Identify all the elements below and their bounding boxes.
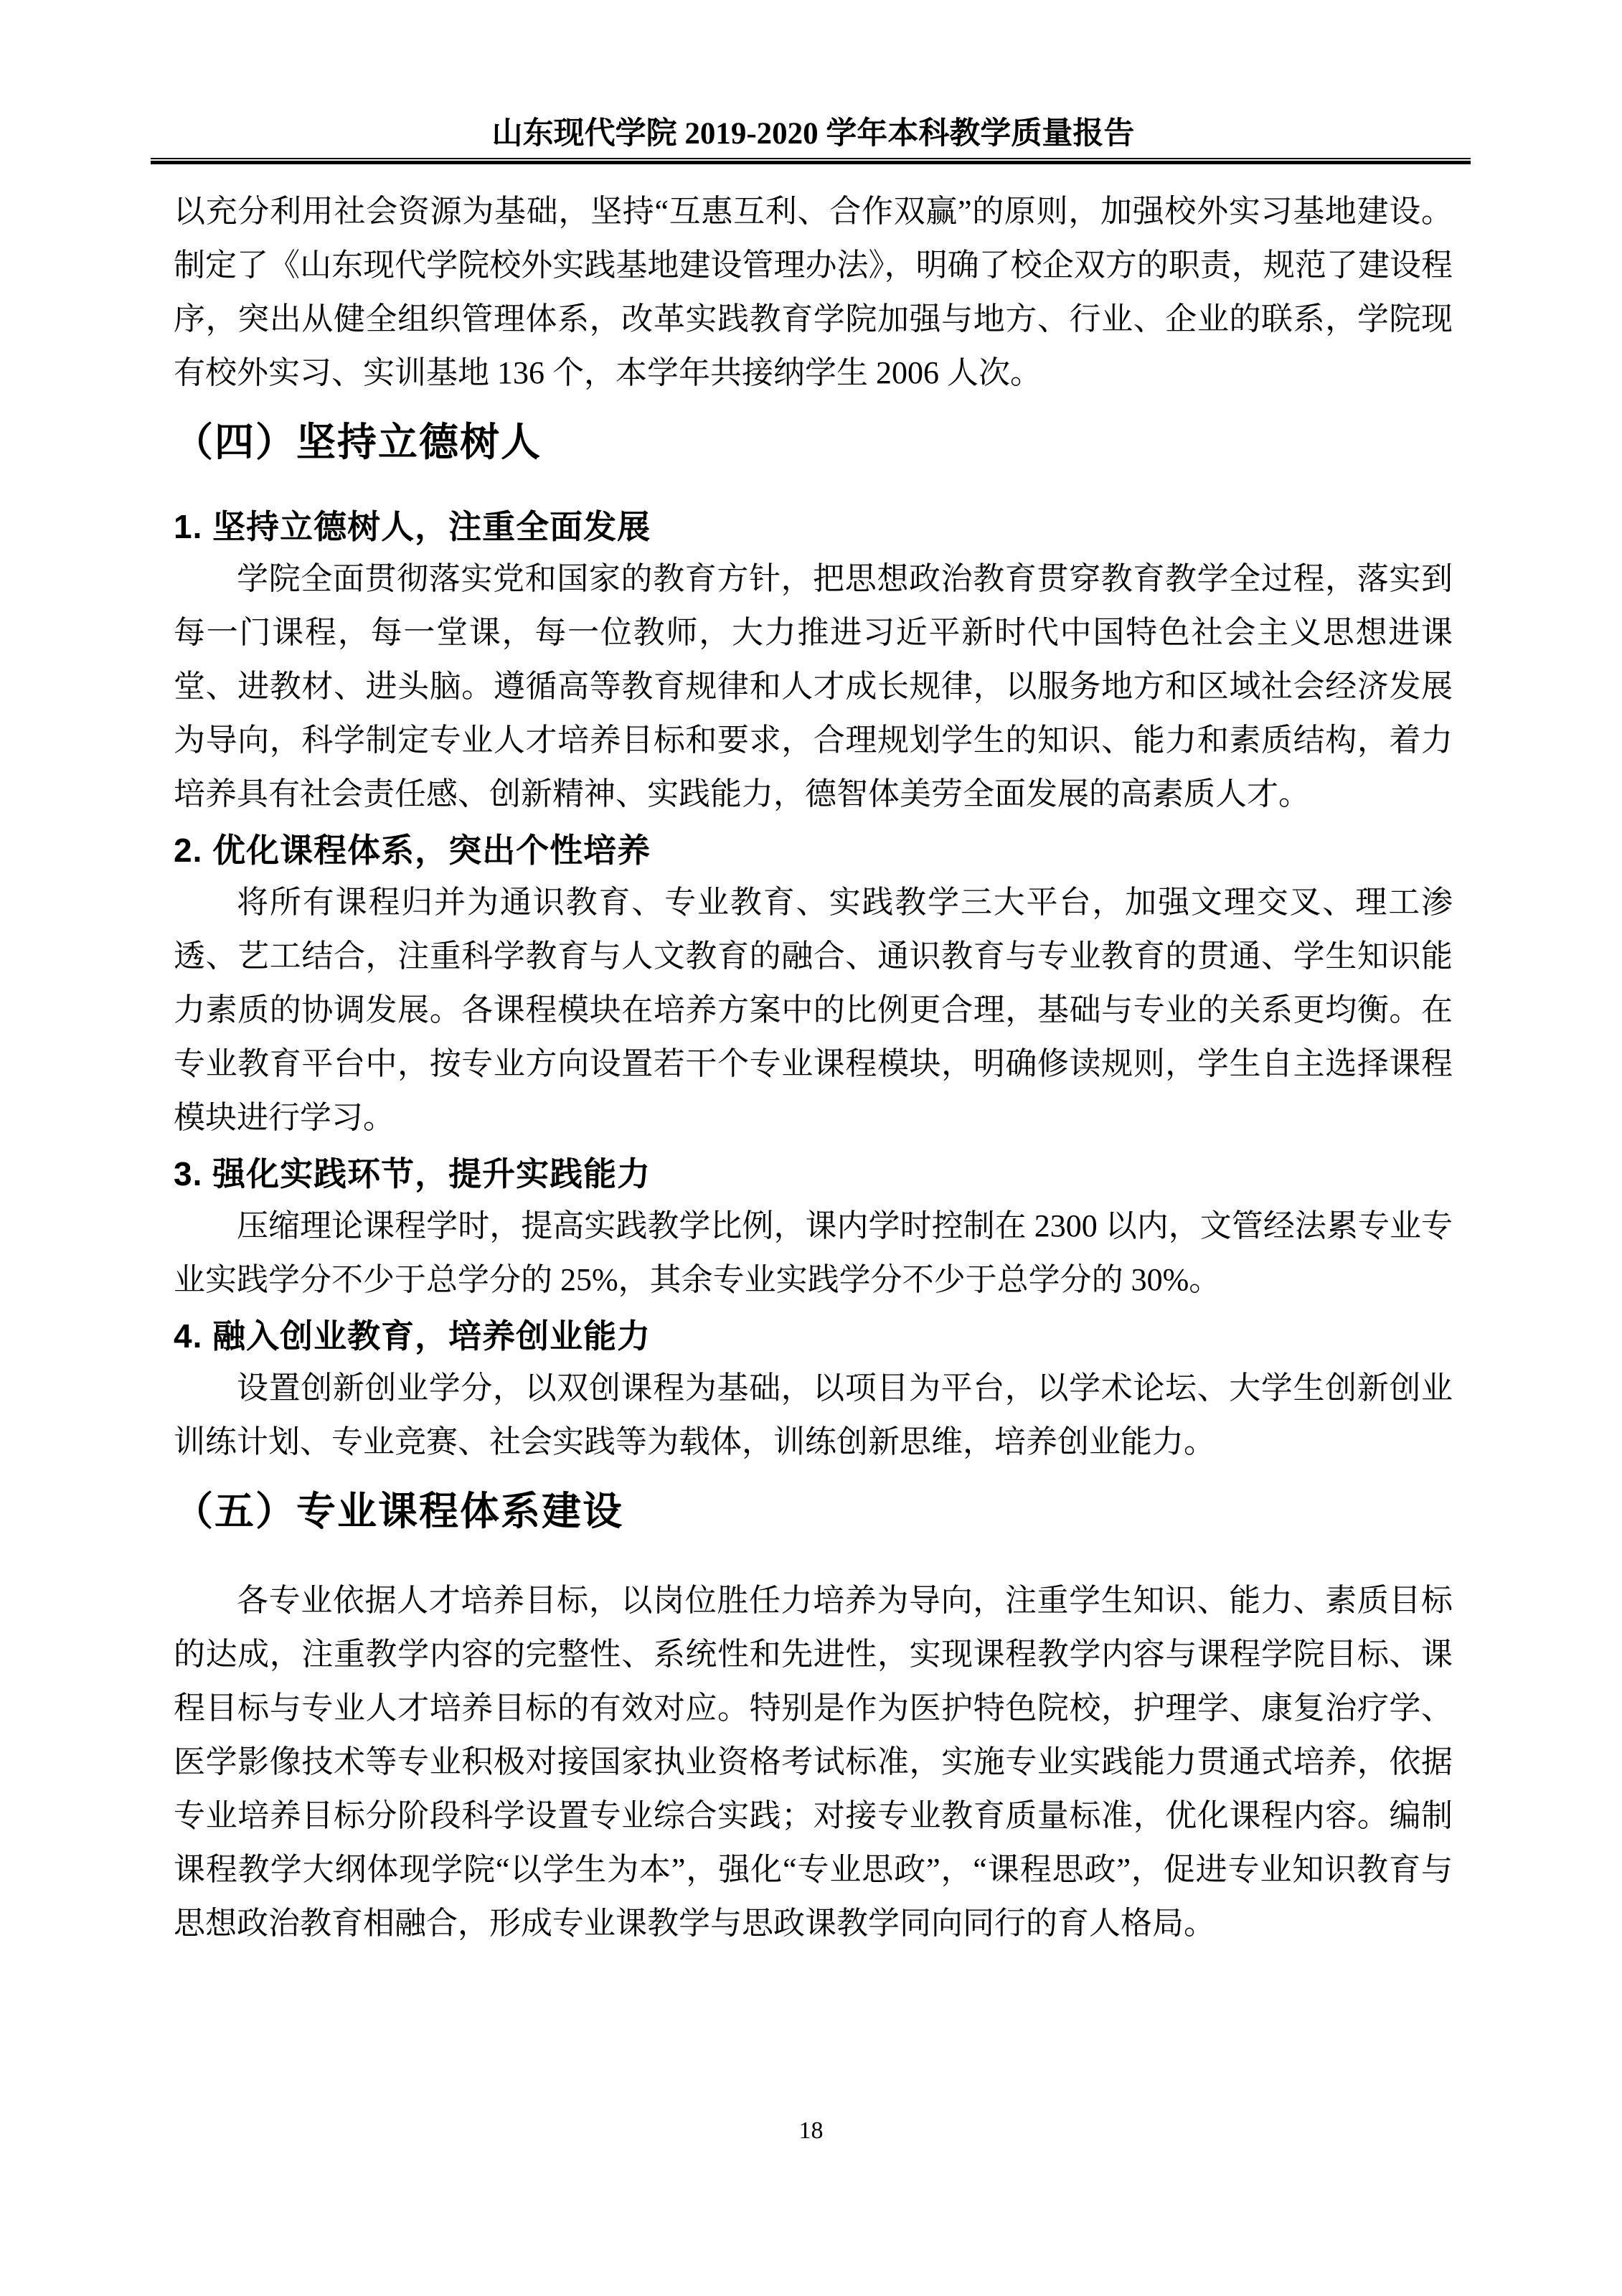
subheading-4-1: 1. 坚持立德树人，注重全面发展 — [174, 504, 1453, 549]
header-divider-rule — [151, 158, 1471, 164]
subheading-4-4: 4. 融入创业教育，培养创业能力 — [174, 1314, 1453, 1358]
paragraph-4-3: 压缩理论课程学时，提高实践教学比例，课内学时控制在 2300 以内，文管经法累专… — [174, 1199, 1453, 1307]
subheading-4-2: 2. 优化课程体系，突出个性培养 — [174, 828, 1453, 872]
section-heading-5: （五）专业课程体系建设 — [174, 1486, 1453, 1536]
subheading-4-3: 3. 强化实践环节，提升实践能力 — [174, 1152, 1453, 1196]
paragraph-4-1: 学院全面贯彻落实党和国家的教育方针，把思想政治教育贯穿教育教学全过程，落实到每一… — [174, 552, 1453, 821]
page-number: 18 — [0, 2117, 1622, 2145]
section-heading-4: （四）坚持立德树人 — [174, 417, 1453, 467]
page-header: 山东现代学院 2019-2020 学年本科教学质量报告 — [174, 116, 1453, 164]
paragraph-4-4: 设置创新创业学分，以双创课程为基础，以项目为平台，以学术论坛、大学生创新创业训练… — [174, 1361, 1453, 1469]
document-page: 山东现代学院 2019-2020 学年本科教学质量报告 以充分利用社会资源为基础… — [0, 0, 1622, 2296]
paragraph-continuation: 以充分利用社会资源为基础，坚持“互惠互利、合作双赢”的原则，加强校外实习基地建设… — [174, 184, 1453, 400]
paragraph-5-1: 各专业依据人才培养目标，以岗位胜任力培养为导向，注重学生知识、能力、素质目标的达… — [174, 1573, 1453, 1950]
running-head-title: 山东现代学院 2019-2020 学年本科教学质量报告 — [174, 116, 1453, 152]
paragraph-4-2: 将所有课程归并为通识教育、专业教育、实践教学三大平台，加强文理交叉、理工渗透、艺… — [174, 875, 1453, 1144]
